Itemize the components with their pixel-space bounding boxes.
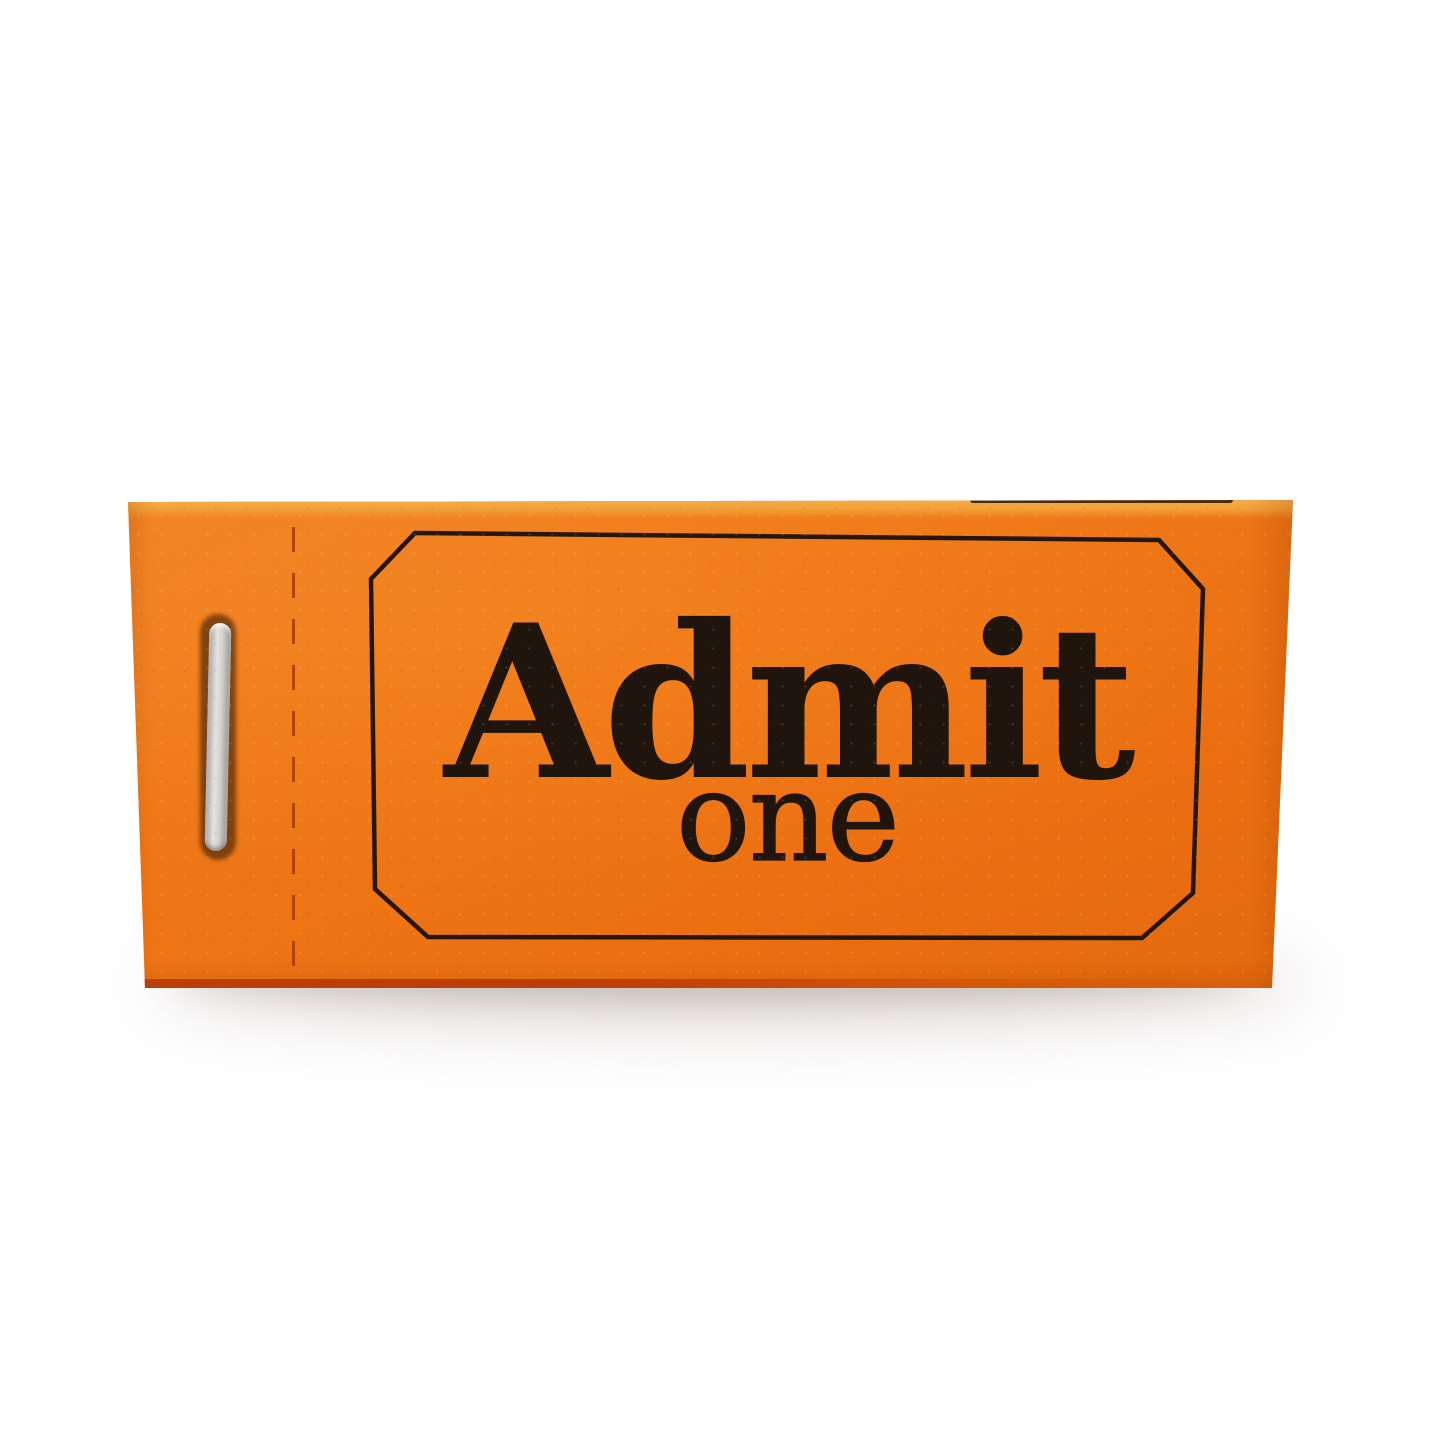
- page-stack-highlight: [987, 493, 1215, 498]
- photo-stage: Admit one: [0, 0, 1445, 1445]
- ticket-pad: Admit one: [127, 487, 1295, 988]
- paper-texture-overlay: [127, 487, 1295, 988]
